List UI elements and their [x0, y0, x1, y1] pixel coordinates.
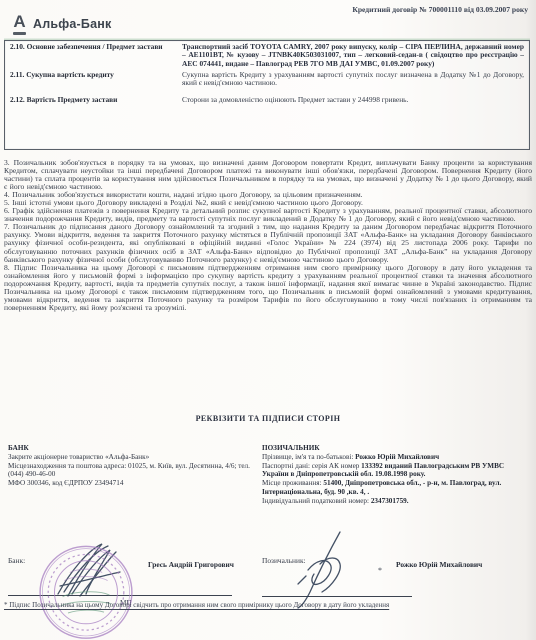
line-bold: Рожко Юрій Михайлович [355, 453, 439, 461]
line-prefix: Індивідуальний податковий номер: [262, 497, 371, 505]
bank-line: МФО 300346, код ЄДРПОУ 23494714 [8, 479, 254, 488]
bank-logo: А Альфа-Банк [13, 13, 111, 35]
line-prefix: Місце проживання: [262, 479, 323, 487]
borrower-requisites: ПОЗИЧАЛЬНИК Прізвище, ім'я та по-батьков… [262, 444, 530, 506]
borrower-name-line: Прізвище, ім'я та по-батькові: Рожко Юрі… [262, 453, 530, 462]
table-row: 2.12. Вартість Предмету застави Сторони … [5, 94, 529, 104]
row-2-12-value: Сторони за домовленістю оцінюють Предмет… [182, 96, 524, 104]
collateral-table: 2.10. Основне забезпечення / Предмет зас… [4, 40, 530, 150]
borrower-tax-line: Індивідуальний податковий номер: 2347301… [262, 497, 530, 506]
line-prefix: Прізвище, ім'я та по-батькові: [262, 453, 355, 461]
bank-brand-name: Альфа-Банк [33, 17, 111, 31]
alfa-bank-logo-icon: А [13, 13, 26, 35]
row-2-10-value: Транспортний засіб TOYOTA CAMRY, 2007 ро… [182, 43, 524, 68]
contract-clauses: 3. Позичальник зобов'язується в порядку … [4, 159, 532, 312]
borrower-signature-scribble [280, 530, 390, 610]
logo-underbar [13, 32, 26, 35]
requisites-columns: БАНК Закрите акціонерне товариство «Альф… [8, 444, 530, 506]
row-2-11-label: 2.11. Сукупна вартість кредиту [10, 71, 182, 88]
clause-3: 3. Позичальник зобов'язується в порядку … [4, 159, 532, 191]
requisites-heading: РЕКВІЗИТИ ТА ПІДПИСИ СТОРІН [0, 414, 536, 423]
borrower-title: ПОЗИЧАЛЬНИК [262, 444, 530, 453]
bank-title: БАНК [8, 444, 254, 453]
line-bold: 2347301759. [371, 497, 409, 505]
table-row: 2.11. Сукупна вартість кредиту Сукупна в… [5, 69, 529, 88]
clause-8: 8. Підпис Позичальника на цьому Договорі… [4, 264, 532, 312]
scanned-credit-agreement-page: { "header": { "logo_letter": "А", "brand… [0, 0, 536, 640]
borrower-signer-name: Рожко Юрій Михайлович [396, 560, 482, 569]
bank-line: Місцезнаходження та поштова адреса: 0102… [8, 462, 254, 480]
document-reference: Кредитний договір № 700001110 від 03.09.… [352, 5, 528, 14]
row-2-12-label: 2.12. Вартість Предмету застави [10, 96, 182, 104]
bank-round-stamp [10, 541, 162, 640]
table-row: 2.10. Основне забезпечення / Предмет зас… [5, 41, 529, 68]
clause-7: 7. Позичальник до підписання даного Дого… [4, 223, 532, 263]
bank-requisites: БАНК Закрите акціонерне товариство «Альф… [8, 444, 254, 506]
bank-line: Закрите акціонерне товариство «Альфа-Бан… [8, 453, 254, 462]
borrower-passport-line: Паспортні дані: серія АК номер 133392 ви… [262, 462, 530, 480]
borrower-address-line: Місце проживання: 51400, Дніпропетровськ… [262, 479, 530, 497]
footnote-text: * Підпис Позичальника на цьому Договорі … [4, 601, 532, 609]
logo-letter: А [13, 13, 25, 30]
clause-6: 6. Графік здійснення платежів з повернен… [4, 207, 532, 223]
row-2-10-label: 2.10. Основне забезпечення / Предмет зас… [10, 43, 182, 68]
row-2-11-value: Сукупна вартість Кредиту з урахуванням в… [182, 71, 524, 88]
line-prefix: Паспортні дані: серія АК номер [262, 462, 361, 470]
